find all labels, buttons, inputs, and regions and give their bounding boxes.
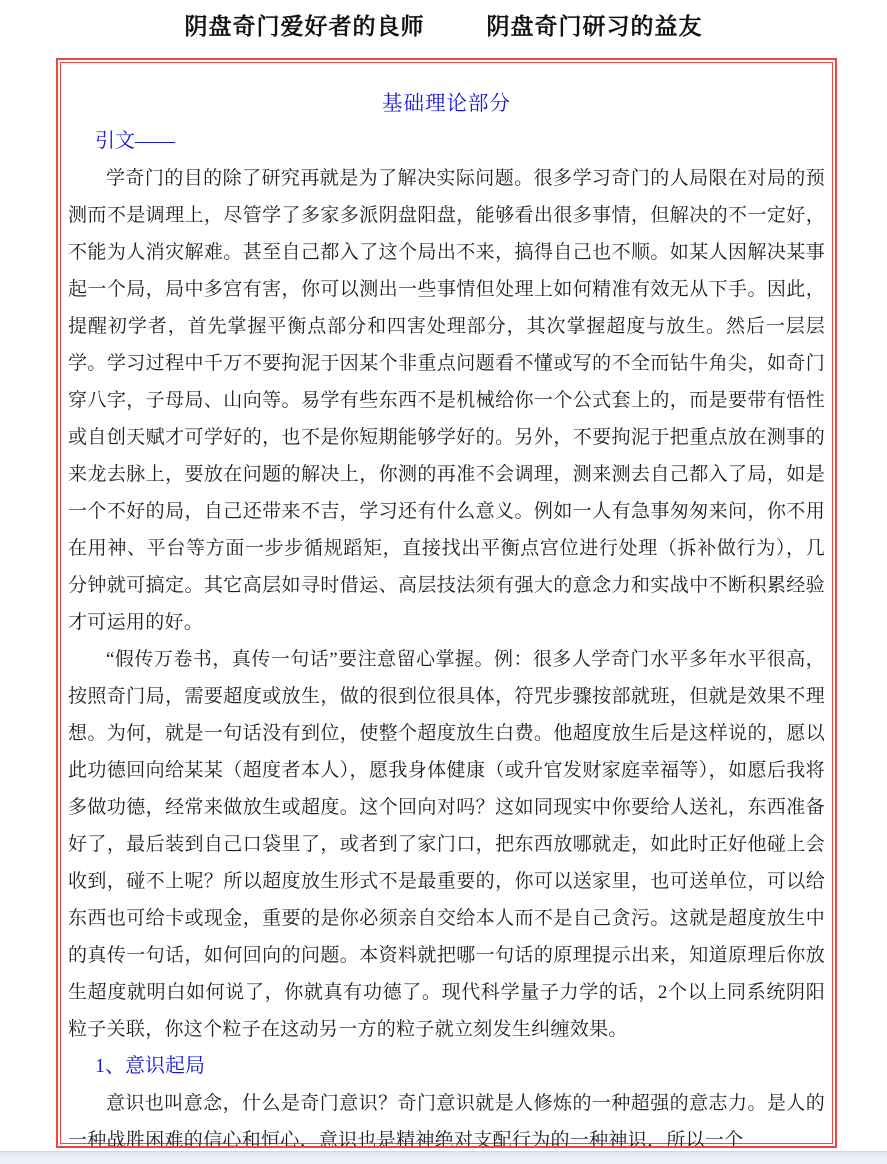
- section-title: 基础理论部分: [68, 86, 825, 123]
- paragraph-1: 学奇门的目的除了研究再就是为了解决实际问题。很多学习奇门的人局限在对局的预测而不…: [68, 160, 825, 641]
- document-title-right: 阴盘奇门研习的益友: [487, 14, 703, 39]
- content-frame: 基础理论部分 引文—— 学奇门的目的除了研究再就是为了解决实际问题。很多学习奇门…: [56, 58, 837, 1148]
- paragraph-3: 意识也叫意念，什么是奇门意识？奇门意识就是人修炼的一种超强的意志力。是人的一种战…: [68, 1085, 825, 1148]
- document-title-left: 阴盘奇门爱好者的良师: [185, 14, 425, 39]
- intro-heading: 引文——: [68, 123, 825, 160]
- paragraph-2: “假传万卷书，真传一句话”要注意留心掌握。例：很多人学奇门水平多年水平很高，按照…: [68, 641, 825, 1048]
- heading-consciousness-setup: 1、意识起局: [68, 1048, 825, 1085]
- document-title: 阴盘奇门爱好者的良师阴盘奇门研习的益友: [0, 8, 887, 41]
- page-bottom-edge: [0, 1151, 887, 1164]
